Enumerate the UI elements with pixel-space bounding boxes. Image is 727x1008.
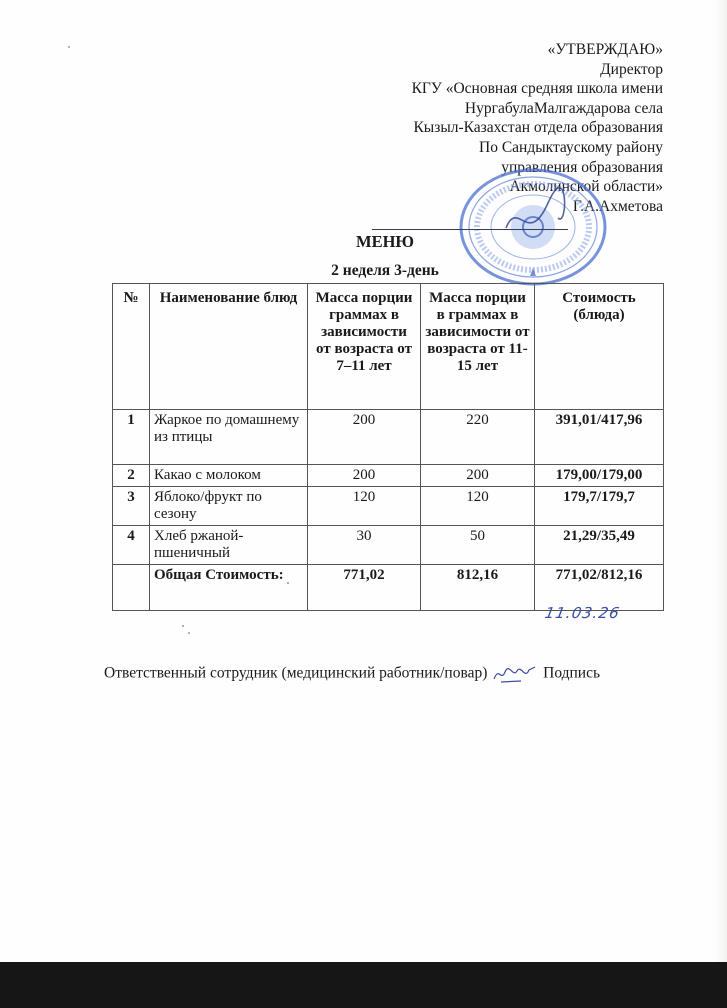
row-number: 1 xyxy=(113,410,150,465)
mass-7-11: 200 xyxy=(308,465,421,487)
approval-line: КГУ «Основная средняя школа имени xyxy=(412,79,663,99)
row-number: 3 xyxy=(113,487,150,526)
handwritten-date: 11.03.26 xyxy=(543,604,621,622)
scan-speck xyxy=(182,625,184,627)
mass-7-11: 200 xyxy=(308,410,421,465)
dish-name: Какао с молоком xyxy=(150,465,308,487)
document-page: «УТВЕРЖДАЮ» Директор КГУ «Основная средн… xyxy=(0,0,727,962)
table-row: 1 Жаркое по домашнему из птицы 200 220 3… xyxy=(113,410,664,465)
page-subtitle: 2 неделя 3-день xyxy=(0,262,727,280)
mass-11-15: 220 xyxy=(421,410,535,465)
dish-name: Хлеб ржаной-пшеничный xyxy=(150,526,308,565)
scan-speck xyxy=(287,582,289,584)
total-number-empty xyxy=(113,565,150,611)
scan-speck xyxy=(188,632,190,634)
mass-11-15: 50 xyxy=(421,526,535,565)
scanner-bottom-edge xyxy=(0,962,727,1008)
table-row: 4 Хлеб ржаной-пшеничный 30 50 21,29/35,4… xyxy=(113,526,664,565)
mass-7-11: 120 xyxy=(308,487,421,526)
signature-line xyxy=(372,229,568,230)
menu-table: № Наименование блюд Масса порции граммах… xyxy=(112,283,664,611)
responsible-label: Ответственный сотрудник (медицинский раб… xyxy=(104,665,487,682)
approval-line: НургабулаМалгаждарова села xyxy=(412,99,663,119)
handwritten-signature-icon xyxy=(491,664,539,684)
mass-11-15: 200 xyxy=(421,465,535,487)
dish-cost: 391,01/417,96 xyxy=(535,410,664,465)
header-mass-7-11: Масса порции граммах в зависимости от во… xyxy=(308,284,421,410)
mass-7-11: 30 xyxy=(308,526,421,565)
approval-line: По Сандыктаускому району xyxy=(412,138,663,158)
dish-cost: 21,29/35,49 xyxy=(535,526,664,565)
table-row: 2 Какао с молоком 200 200 179,00/179,00 xyxy=(113,465,664,487)
header-mass-11-15: Масса порции в граммах в зависимости от … xyxy=(421,284,535,410)
dish-cost: 179,7/179,7 xyxy=(535,487,664,526)
approval-line: Директор xyxy=(412,60,663,80)
row-number: 4 xyxy=(113,526,150,565)
table-row: 3 Яблоко/фрукт по сезону 120 120 179,7/1… xyxy=(113,487,664,526)
dish-cost: 179,00/179,00 xyxy=(535,465,664,487)
approval-line: Кызыл-Казахстан отдела образования xyxy=(412,118,663,138)
table-header-row: № Наименование блюд Масса порции граммах… xyxy=(113,284,664,410)
page-edge-shadow xyxy=(715,0,727,962)
header-cost: Стоимость (блюда) xyxy=(535,284,664,410)
total-mass-11-15: 812,16 xyxy=(421,565,535,611)
responsible-signature-line: Ответственный сотрудник (медицинский раб… xyxy=(104,664,600,684)
signature-label: Подпись xyxy=(543,665,600,682)
header-number: № xyxy=(113,284,150,410)
page-title: МЕНЮ xyxy=(0,232,727,252)
header-dish-name: Наименование блюд xyxy=(150,284,308,410)
total-label: Общая Стоимость: xyxy=(150,565,308,611)
mass-11-15: 120 xyxy=(421,487,535,526)
dish-name: Яблоко/фрукт по сезону xyxy=(150,487,308,526)
scan-speck xyxy=(68,46,70,48)
total-mass-7-11: 771,02 xyxy=(308,565,421,611)
row-number: 2 xyxy=(113,465,150,487)
dish-name: Жаркое по домашнему из птицы xyxy=(150,410,308,465)
approval-line: «УТВЕРЖДАЮ» xyxy=(412,40,663,60)
